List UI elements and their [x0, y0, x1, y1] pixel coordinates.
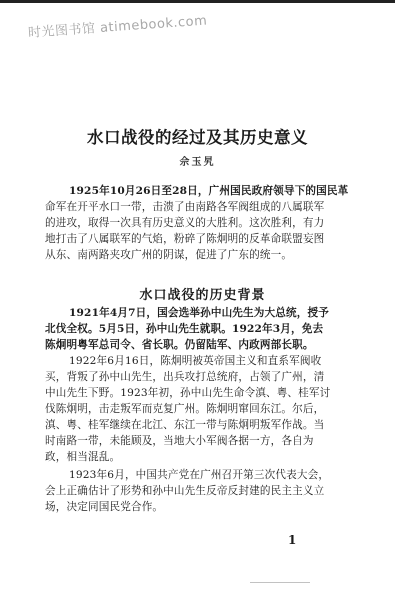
text-line: 伐陈炯明，击走叛军而克复广州。陈炯明窜回东江。尔后，: [45, 403, 350, 415]
text-line: 场，决定同国民党合作。: [45, 501, 350, 513]
text-line: 的进攻，取得一次具有历史意义的大胜利。这次胜利，有力: [45, 217, 350, 229]
text-line: 命军在开平水口一带，击溃了由南路各军阀组成的八属联军: [45, 201, 350, 213]
article-author: 佘玉旯: [0, 153, 395, 168]
text-line: 1923年6月，中国共产党在广州召开第三次代表大会，: [69, 469, 350, 481]
page-number: 1: [288, 533, 296, 547]
text-line: 会上正确估计了形势和孙中山先生反帝反封建的民主主义立: [45, 485, 350, 497]
scan-top-border: [0, 0, 395, 3]
text-line: 陈炯明粤军总司令、省长职。仍留陆军、内政两部长职。: [45, 339, 350, 351]
scan-artifact: [250, 582, 310, 583]
text-line: 北伐全权。5月5日，孙中山先生就职。1922年3月，免去: [45, 323, 350, 335]
watermark: 时光图书馆 atimebook.com: [27, 9, 207, 40]
text-line: 政，相当混乱。: [45, 451, 350, 463]
text-line: 1922年6月16日，陈炯明被英帝国主义和直系军阀收: [69, 355, 350, 367]
text-line: 1925年10月26日至28日，广州国民政府领导下的国民革: [69, 185, 350, 197]
text-line: 买，背叛了孙中山先生，出兵攻打总统府，占领了广州，清: [45, 371, 350, 383]
text-line: 中山先生下野。1923年初，孙中山先生命令滇、粤、桂军讨: [45, 387, 350, 399]
section-heading: 水口战役的历史背景: [0, 284, 395, 303]
article-title: 水口战役的经过及其历史意义: [0, 124, 395, 148]
text-line: 时南路一带，未能顾及，当地大小军阀各据一方，各自为: [45, 435, 350, 447]
text-line: 从东、南两路夹攻广州的阴谋，促进了广东的统一。: [45, 249, 350, 261]
text-line: 滇、粤、桂军继续在北江、东江一带与陈炯明叛军作战。当: [45, 419, 350, 431]
text-line: 地打击了八属联军的气焰，粉碎了陈炯明的反革命联盟妄图: [45, 233, 350, 245]
text-line: 1921年4月7日，国会选举孙中山先生为大总统，授予: [69, 307, 350, 319]
